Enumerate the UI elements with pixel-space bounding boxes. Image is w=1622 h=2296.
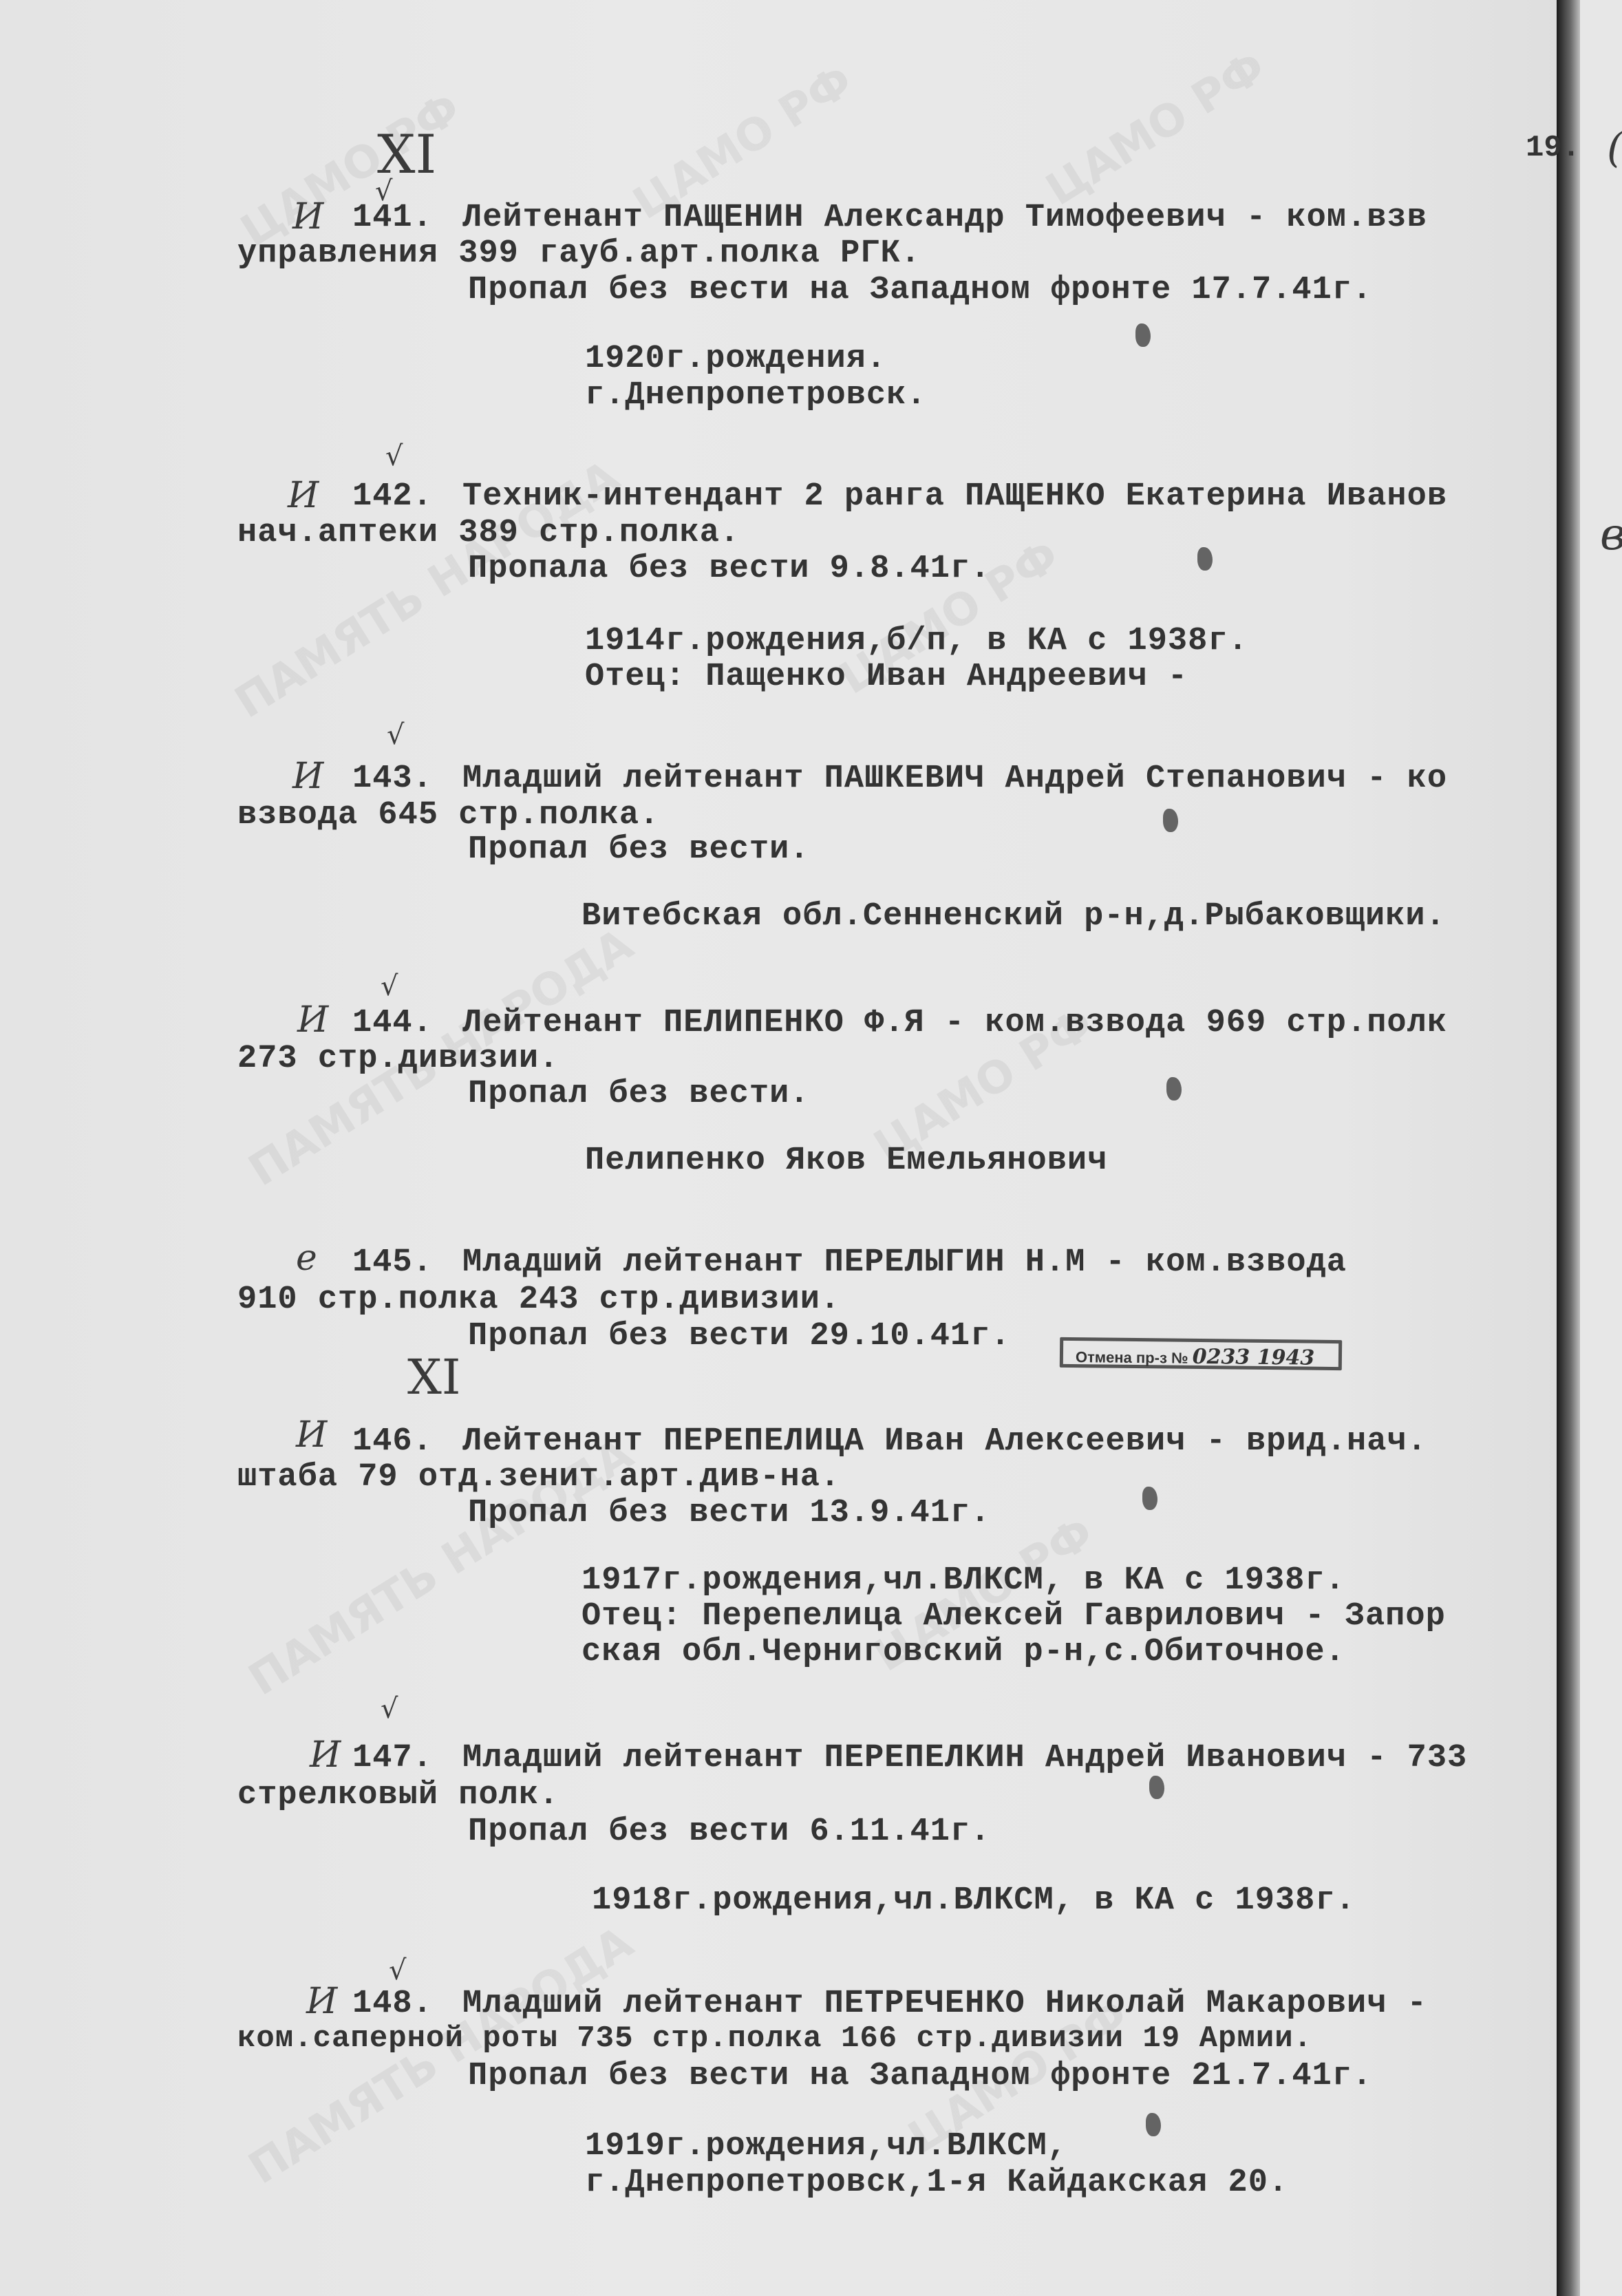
stamp-label: Отмена пр-з №	[1076, 1348, 1188, 1367]
entry-number: 141.	[352, 200, 433, 236]
entry-line: Витебская обл.Сенненский р-н,д.Рыбаковщи…	[581, 898, 1446, 935]
entry-line: 273 стр.дивизии.	[237, 1041, 559, 1077]
entry-line: 1919г.рождения,чл.ВЛКСМ,	[585, 2128, 1067, 2165]
margin-mark: И	[296, 1414, 327, 1456]
entry-line: Пропал без вести 29.10.41г.	[468, 1318, 1011, 1354]
entry-line: стрелковый полк.	[237, 1777, 559, 1814]
entry-line: г.Днепропетровск.	[585, 377, 926, 414]
entry-line: Пропал без вести.	[468, 1076, 809, 1112]
entry-number: 143.	[352, 761, 433, 797]
entry-line: 1914г.рождения,б/п, в КА с 1938г.	[585, 623, 1248, 659]
entry-line: Пропал без вести 6.11.41г.	[468, 1814, 990, 1850]
entry-line: 1917г.рождения,чл.ВЛКСМ, в КА с 1938г.	[581, 1562, 1345, 1599]
page-fold	[1557, 0, 1580, 2296]
adjacent-page-mark: в	[1600, 509, 1622, 560]
entry-line: 1918г.рождения,чл.ВЛКСМ, в КА с 1938г.	[592, 1882, 1356, 1919]
entry-line: нач.аптеки 389 стр.полка.	[237, 515, 740, 551]
entry-line: Лейтенант ПЕРЕПЕЛИЦА Иван Алексеевич - в…	[462, 1423, 1427, 1460]
entry-line: Младший лейтенант ПЕРЕЛЫГИН Н.М - ком.вз…	[462, 1244, 1347, 1281]
entry-line: Техник-интендант 2 ранга ПАЩЕНКО Екатери…	[462, 478, 1447, 515]
entry-line: Младший лейтенант ПЕТРЕЧЕНКО Николай Мак…	[462, 1986, 1427, 2022]
entry-line: Младший лейтенант ПЕРЕПЕЛКИН Андрей Иван…	[462, 1740, 1467, 1776]
cancellation-stamp: Отмена пр-з № 0233 1943	[1060, 1337, 1342, 1370]
adjacent-page-edge	[1580, 0, 1622, 2296]
entry-line: Пропал без вести.	[468, 831, 809, 868]
entry-line: ская обл.Черниговский р-н,с.Обиточное.	[581, 1634, 1345, 1670]
margin-mark: И	[292, 756, 323, 797]
entry-line: Отец: Пащенко Иван Андреевич -	[585, 659, 1188, 695]
entry-line: 910 стр.полка 243 стр.дивизии.	[237, 1282, 840, 1318]
entry-line: Лейтенант ПАЩЕНИН Александр Тимофеевич -…	[462, 200, 1427, 236]
entry-line: Лейтенант ПЕЛИПЕНКО Ф.Я - ком.взвода 969…	[462, 1005, 1447, 1041]
entry-number: 144.	[352, 1005, 433, 1041]
entry-line: г.Днепропетровск,1-я Кайдакская 20.	[585, 2165, 1288, 2201]
margin-mark: е	[296, 1237, 317, 1279]
entry-line: Пропала без вести 9.8.41г.	[468, 551, 990, 587]
entry-line: Пропал без вести на Западном фронте 17.7…	[468, 272, 1372, 308]
entry-line: Пелипенко Яков Емельянович	[585, 1142, 1107, 1179]
margin-mark: И	[288, 475, 319, 516]
margin-mark: И	[306, 1981, 337, 2022]
entry-line: управления 399 гауб.арт.полка РГК.	[237, 235, 921, 272]
entry-line: 1920г.рождения.	[585, 341, 886, 377]
entry-line: ком.саперной роты 735 стр.полка 166 стр.…	[237, 2021, 1312, 2056]
entry-line: Младший лейтенант ПАШКЕВИЧ Андрей Степан…	[462, 761, 1447, 797]
entry-number: 148.	[352, 1986, 433, 2022]
stamp-handwritten: 0233 1943	[1193, 1345, 1315, 1370]
entry-number: 142.	[352, 478, 433, 515]
entry-number: 146.	[352, 1423, 433, 1460]
entry-line: Пропал без вести 13.9.41г.	[468, 1495, 990, 1531]
entry-line: взвода 645 стр.полка.	[237, 797, 659, 833]
margin-mark: И	[292, 196, 323, 237]
adjacent-page-mark: (	[1607, 124, 1622, 172]
entries-area: И 141. Лейтенант ПАЩЕНИН Александр Тимоф…	[0, 0, 1557, 2296]
entry-line: Пропал без вести на Западном фронте 21.7…	[468, 2058, 1372, 2094]
margin-mark: И	[297, 999, 328, 1041]
entry-line: штаба 79 отд.зенит.арт.див-на.	[237, 1459, 840, 1496]
entry-line: Отец: Перепелица Алексей Гаврилович - За…	[581, 1598, 1446, 1635]
entry-number: 145.	[352, 1244, 433, 1281]
margin-mark: И	[310, 1734, 341, 1776]
entry-number: 147.	[352, 1740, 433, 1776]
